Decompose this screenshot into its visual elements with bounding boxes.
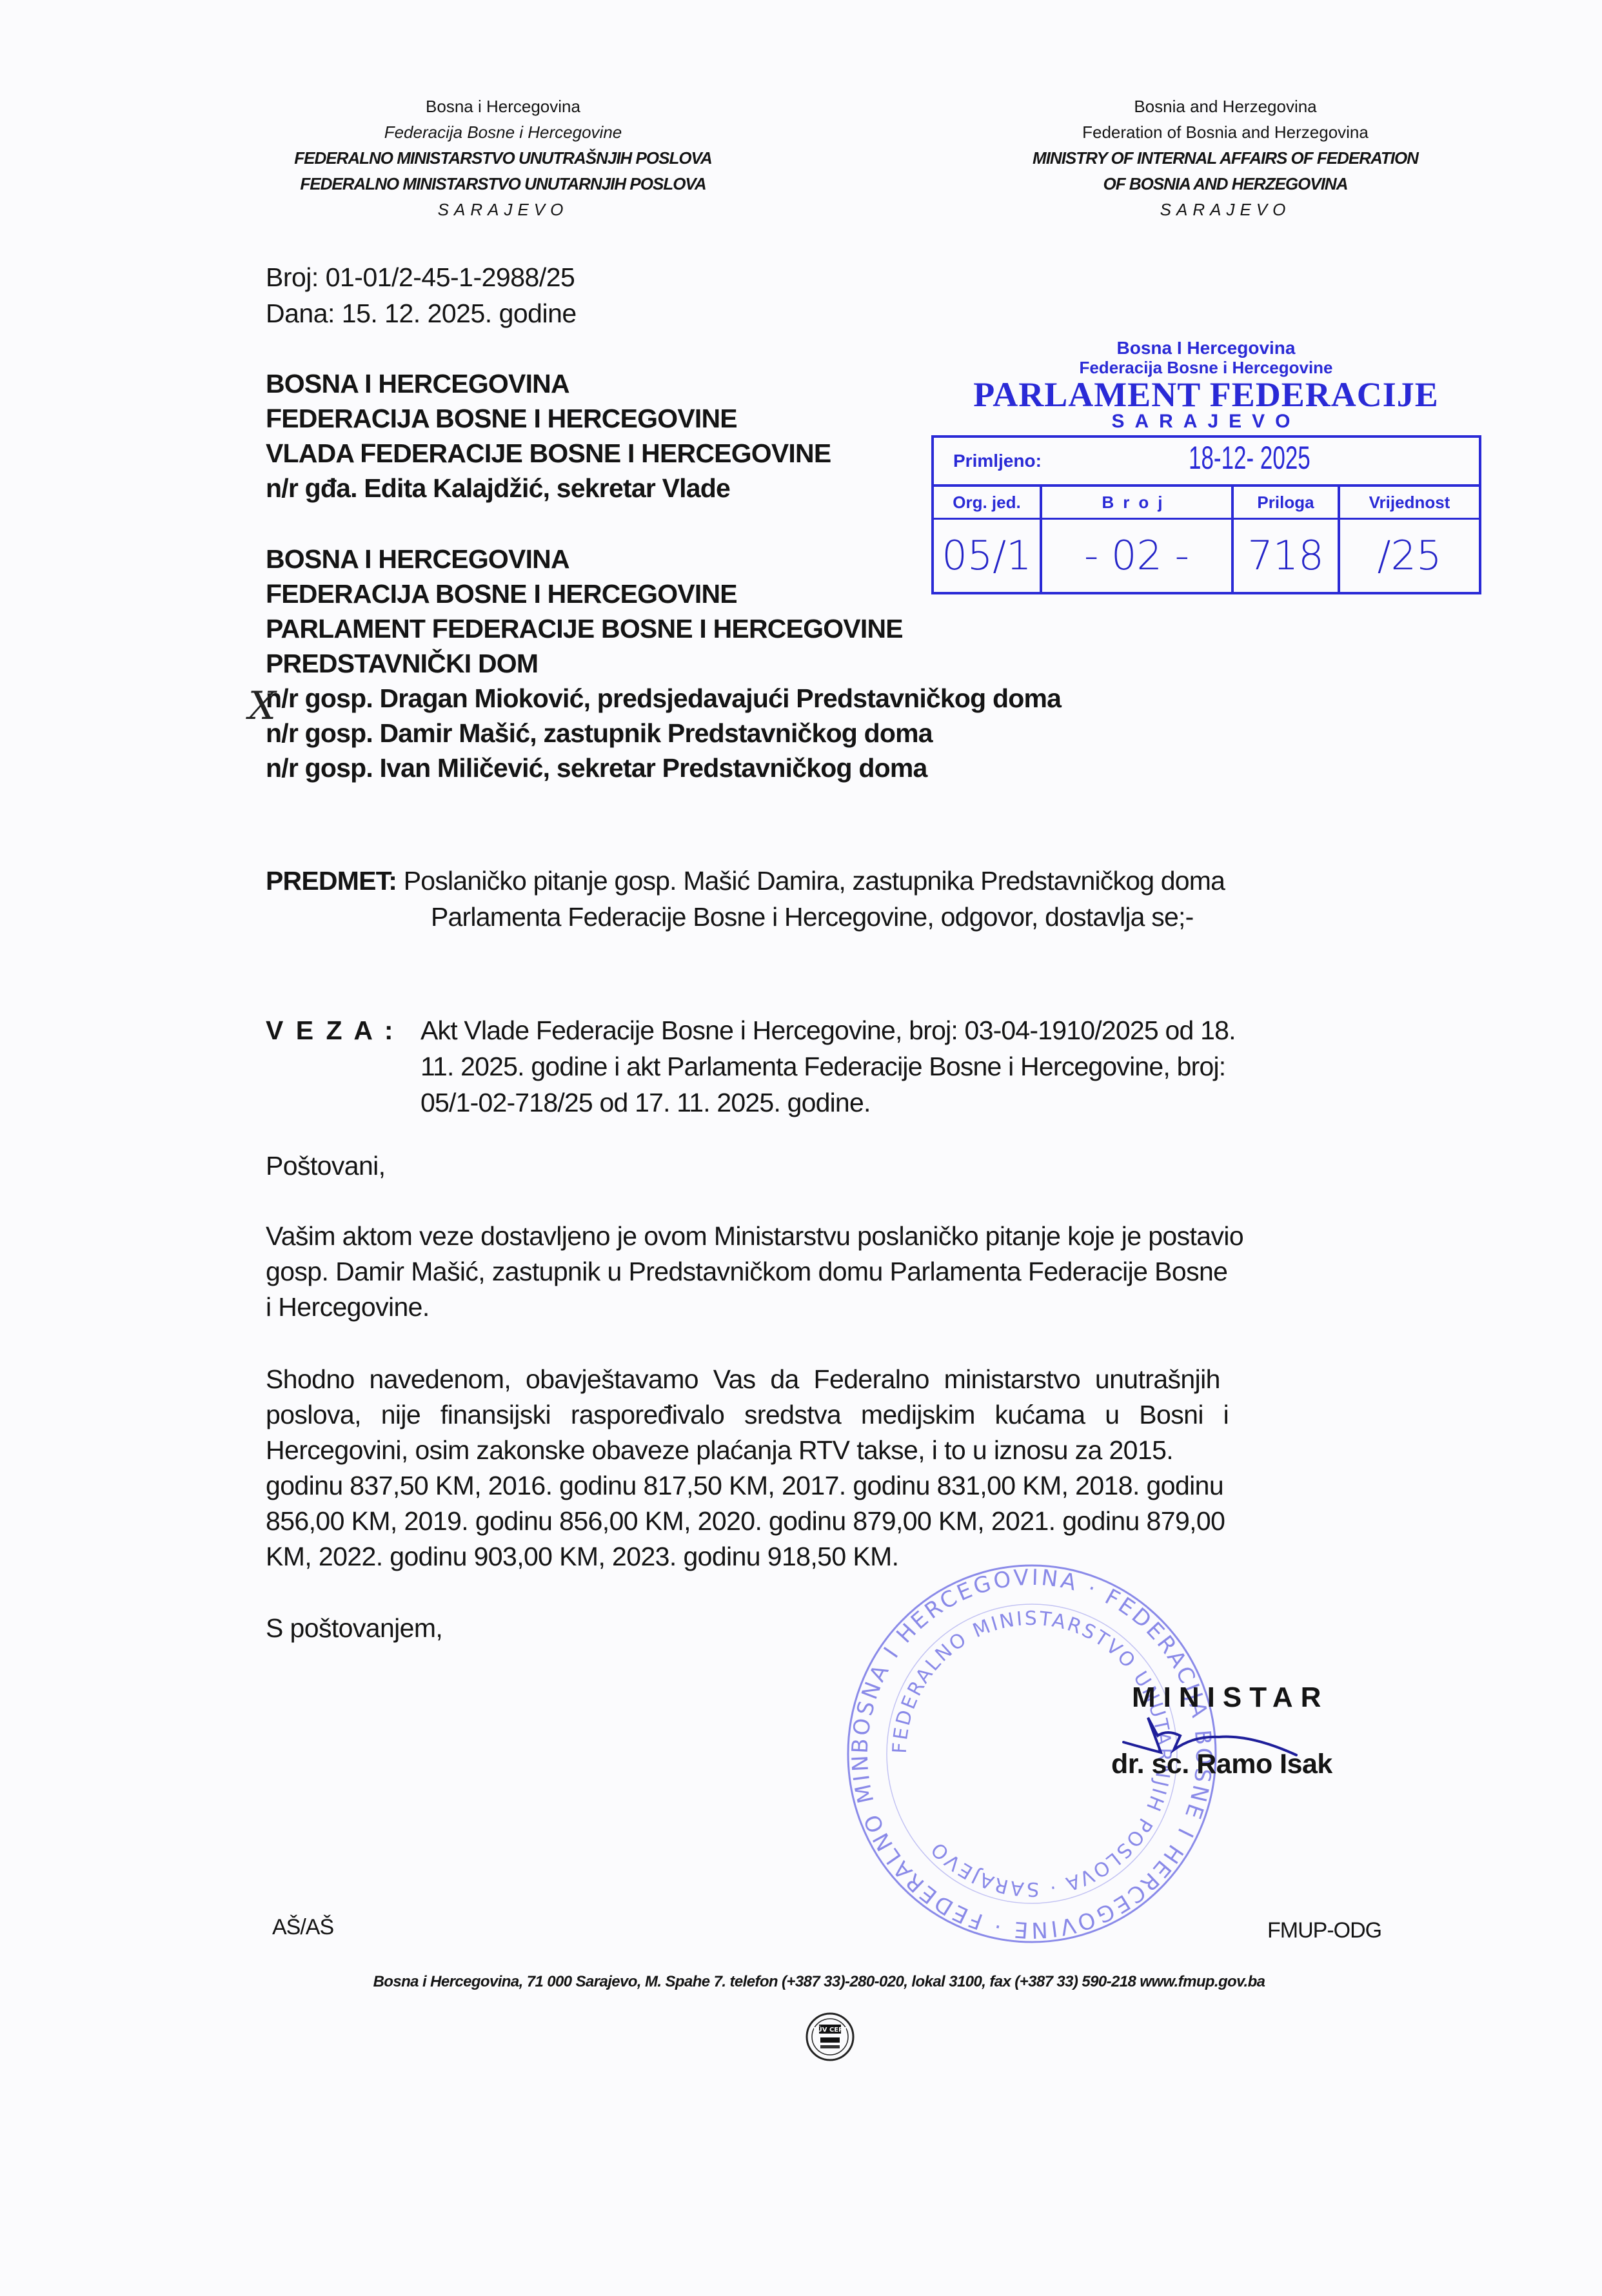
- paragraph-line: godinu 837,50 KM, 2016. godinu 817,50 KM…: [266, 1468, 1412, 1504]
- stamp-received-date: 18-12- 2025: [1189, 439, 1310, 476]
- document-code: FMUP-ODG: [1267, 1918, 1381, 1943]
- subject-line-2: Parlamenta Federacije Bosne i Hercegovin…: [431, 899, 1193, 935]
- paragraph-line: KM, 2022. godinu 903,00 KM, 2023. godinu…: [266, 1539, 1412, 1575]
- paragraph-line: 856,00 KM, 2019. godinu 856,00 KM, 2020.…: [266, 1504, 1412, 1539]
- letterhead-bosnian: Bosna i Hercegovina Federacija Bosne i H…: [258, 93, 748, 222]
- recipient-line: n/r gđa. Edita Kalajdžić, sekretar Vlade: [266, 471, 831, 505]
- stamp-country: Bosna I Hercegovina: [929, 339, 1483, 358]
- stamp-city: SARAJEVO: [929, 412, 1483, 431]
- letterhead-ministry-2: OF BOSNIA AND HERZEGOVINA: [980, 171, 1470, 197]
- paragraph-line: Shodno navedenom, obavještavamo Vas da F…: [266, 1362, 1412, 1397]
- greeting: Poštovani,: [266, 1151, 385, 1181]
- certification-badge-icon: TÜV CERT: [805, 2012, 855, 2062]
- author-initials: AŠ/AŠ: [272, 1915, 333, 1940]
- stamp-value-value: /25: [1340, 520, 1479, 592]
- recipient-government: BOSNA I HERCEGOVINA FEDERACIJA BOSNE I H…: [266, 366, 831, 505]
- stamp-header-number: Broj: [1042, 487, 1234, 520]
- veza-line-1: Akt Vlade Federacije Bosne i Hercegovine…: [420, 1012, 1236, 1048]
- stamp-header-attachments: Priloga: [1234, 487, 1340, 520]
- paragraph-line: gosp. Damir Mašić, zastupnik u Predstavn…: [266, 1254, 1412, 1290]
- letterhead-federation: Federation of Bosnia and Herzegovina: [980, 119, 1470, 145]
- recipient-line: n/r gosp. Dragan Mioković, predsjedavaju…: [266, 681, 1061, 716]
- closing: S poštovanjem,: [266, 1613, 442, 1644]
- letterhead-city: SARAJEVO: [980, 197, 1470, 222]
- paragraph-2: Shodno navedenom, obavještavamo Vas da F…: [266, 1362, 1412, 1575]
- stamp-value-attachments: 718: [1234, 520, 1340, 592]
- veza-line-2: 11. 2025. godine i akt Parlamenta Federa…: [420, 1048, 1225, 1084]
- signatory-title: MINISTAR: [1132, 1682, 1329, 1714]
- letterhead-federation: Federacija Bosne i Hercegovine: [258, 119, 748, 145]
- letterhead-ministry-2: FEDERALNO MINISTARSTVO UNUTARNJIH POSLOV…: [258, 171, 748, 197]
- stamp-value-org-unit: 05/1: [934, 520, 1042, 592]
- recipient-line: BOSNA I HERCEGOVINA: [266, 366, 831, 401]
- letterhead-ministry-1: MINISTRY OF INTERNAL AFFAIRS OF FEDERATI…: [980, 145, 1470, 171]
- stamp-header-org-unit: Org. jed.: [934, 487, 1042, 520]
- reference-block: Broj: 01-01/2-45-1-2988/25 Dana: 15. 12.…: [266, 259, 577, 331]
- stamp-parliament: PARLAMENT FEDERACIJE: [929, 377, 1483, 412]
- paragraph-line: poslova, nije finansijski raspoređivalo …: [266, 1397, 1412, 1433]
- stamp-registry-box: Primljeno: 18-12- 2025 Org. jed. Broj Pr…: [931, 435, 1481, 594]
- recipient-line: PREDSTAVNIČKI DOM: [266, 646, 1061, 681]
- stamp-header-value: Vrijednost: [1340, 487, 1479, 520]
- veza-label: V E Z A :: [266, 1012, 420, 1048]
- subject-label: PREDMET:: [266, 866, 397, 896]
- stamp-federation: Federacija Bosne i Hercegovine: [929, 358, 1483, 377]
- recipient-line: n/r gosp. Damir Mašić, zastupnik Predsta…: [266, 716, 1061, 751]
- letterhead-ministry-1: FEDERALNO MINISTARSTVO UNUTRAŠNJIH POSLO…: [258, 145, 748, 171]
- recipient-line: VLADA FEDERACIJE BOSNE I HERCEGOVINE: [266, 436, 831, 471]
- stamp-registry-grid: Org. jed. Broj Priloga Vrijednost 05/1 -…: [934, 487, 1479, 592]
- letterhead-city: SARAJEVO: [258, 197, 748, 222]
- recipient-line: FEDERACIJA BOSNE I HERCEGOVINE: [266, 401, 831, 436]
- paragraph-line: Hercegovini, osim zakonske obaveze plaća…: [266, 1433, 1412, 1468]
- paragraph-line: Vašim aktom veze dostavljeno je ovom Min…: [266, 1219, 1412, 1254]
- paragraph-line: i Hercegovine.: [266, 1290, 1412, 1325]
- received-stamp: Bosna I Hercegovina Federacija Bosne i H…: [929, 339, 1483, 594]
- stamp-received-row: Primljeno: 18-12- 2025: [934, 438, 1479, 487]
- subject-line-1: Poslaničko pitanje gosp. Mašić Damira, z…: [404, 866, 1225, 896]
- paragraph-1: Vašim aktom veze dostavljeno je ovom Min…: [266, 1219, 1412, 1325]
- stamp-received-label: Primljeno:: [953, 451, 1042, 471]
- handwritten-mark: X: [248, 683, 276, 729]
- reference-date: Dana: 15. 12. 2025. godine: [266, 295, 577, 331]
- veza-line-3: 05/1-02-718/25 od 17. 11. 2025. godine.: [420, 1084, 871, 1121]
- recipient-line: PARLAMENT FEDERACIJE BOSNE I HERCEGOVINE: [266, 611, 1061, 646]
- signatory-name: dr. sc. Ramo Isak: [1111, 1749, 1332, 1780]
- reference-number: Broj: 01-01/2-45-1-2988/25: [266, 259, 577, 295]
- recipient-line: n/r gosp. Ivan Miličević, sekretar Preds…: [266, 751, 1061, 785]
- letterhead-country: Bosnia and Herzegovina: [980, 93, 1470, 119]
- cert-label: TÜV CERT: [813, 2025, 848, 2034]
- footer-contact: Bosna i Hercegovina, 71 000 Sarajevo, M.…: [258, 1973, 1380, 1991]
- stamp-value-number: - 02 -: [1042, 520, 1234, 592]
- letterhead-country: Bosna i Hercegovina: [258, 93, 748, 119]
- letterhead-english: Bosnia and Herzegovina Federation of Bos…: [980, 93, 1470, 222]
